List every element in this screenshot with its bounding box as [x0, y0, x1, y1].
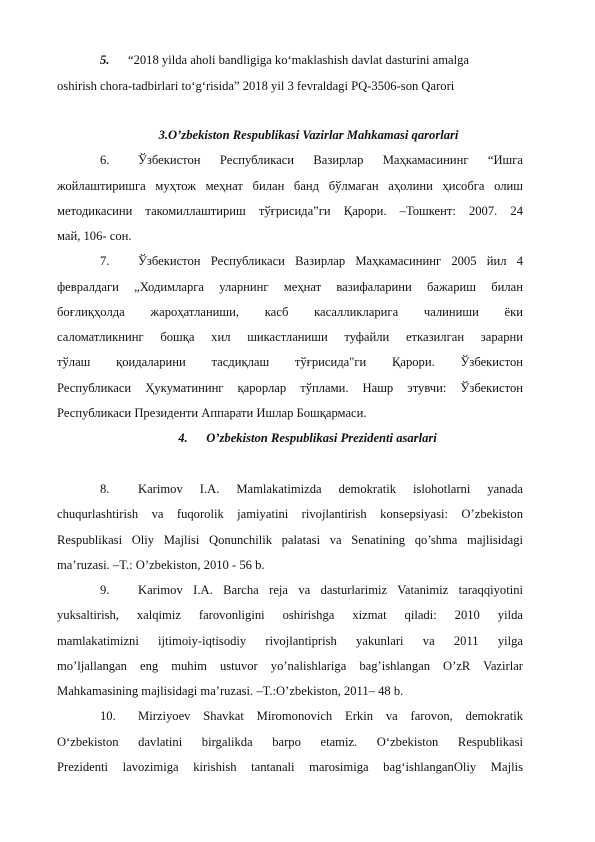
reference-item-9-line-2: yuksaltirish, xalqimiz farovonligini osh…: [57, 607, 523, 623]
reference-item-9-line-1: 9.Karimov I.A. Barcha reja va dasturlari…: [57, 582, 523, 598]
section-heading-4: 4.O’zbekiston Respublikasi Prezidenti as…: [0, 430, 595, 446]
reference-item-7-line-2: февралдаги „Ходимларга уларнинг меҳнат в…: [57, 279, 523, 295]
reference-item-7-line-3: боғлиқҳолда жароҳатланиши, касб касаллик…: [57, 304, 523, 320]
reference-item-6-line-3: методикасини такомиллаштириш тўғрисида”г…: [57, 203, 523, 219]
section-heading-3: 3.O’zbekiston Respublikasi Vazirlar Mahk…: [0, 127, 595, 143]
reference-item-7-line-4: саломатликнинг бошқа хил шикастланиши ту…: [57, 329, 523, 345]
reference-item-8-line-1: 8.Karimov I.A. Mamlakatimizda demokratik…: [57, 481, 523, 497]
reference-number: 8.: [100, 481, 138, 497]
reference-item-9-line-4: mo’ljallangan eng muhim ustuvor yo’nalis…: [57, 658, 523, 674]
reference-number: 5.: [100, 52, 128, 68]
reference-item-10-line-2: O‘zbekiston davlatini birgalikda barpo e…: [57, 734, 523, 750]
reference-item-7-line-5: тўлаш қоидаларини тасдиқлаш тўғрисида"ги…: [57, 354, 523, 370]
reference-item-9-line-5: Mahkamasining majlisidagi ma’ruzasi. –T.…: [57, 683, 523, 699]
reference-item-8-line-4: ma’ruzasi. –T.: O’zbekiston, 2010 - 56 b…: [57, 557, 523, 573]
reference-item-8-line-3: Respublikasi Oliy Majlisi Qonunchilik pa…: [57, 532, 523, 548]
document-page: 5.“2018 yilda aholi bandligiga ko‘maklas…: [0, 0, 595, 842]
reference-item-5-line-1: 5.“2018 yilda aholi bandligiga ko‘maklas…: [100, 52, 523, 68]
reference-number: 6.: [100, 152, 138, 168]
reference-item-7-line-6: Республикаси Ҳукуматининг қарорлар тўпла…: [57, 380, 523, 396]
reference-item-9-line-3: mamlakatimizni ijtimoiy-iqtisodiy rivojl…: [57, 633, 523, 649]
section-title: O’zbekiston Respublikasi Prezidenti asar…: [206, 431, 437, 445]
section-number: 4.: [178, 430, 206, 446]
reference-number: 10.: [100, 708, 138, 724]
reference-item-8-line-2: chuqurlashtirish va fuqorolik jamiyatini…: [57, 506, 523, 522]
reference-item-7-line-1: 7.Ўзбекистон Республикаси Вазирлар Маҳка…: [57, 253, 523, 269]
reference-item-6-line-2: жойлаштиришга муҳтож меҳнат билан банд б…: [57, 178, 523, 194]
reference-number: 7.: [100, 253, 138, 269]
reference-item-5-line-2: oshirish chora-tadbirlari to‘g‘risida” 2…: [57, 78, 523, 94]
reference-item-10-line-3: Prezidenti lavozimiga kirishish tantanal…: [57, 759, 523, 775]
reference-item-10-line-1: 10.Mirziyoev Shavkat Miromonovich Erkin …: [57, 708, 523, 724]
reference-item-6-line-1: 6.Ўзбекистон Республикаси Вазирлар Маҳка…: [57, 152, 523, 168]
reference-item-6-line-4: май, 106- сон.: [57, 228, 523, 244]
reference-item-7-line-7: Республикаси Президенти Аппарати Ишлар Б…: [57, 405, 523, 421]
reference-number: 9.: [100, 582, 138, 598]
